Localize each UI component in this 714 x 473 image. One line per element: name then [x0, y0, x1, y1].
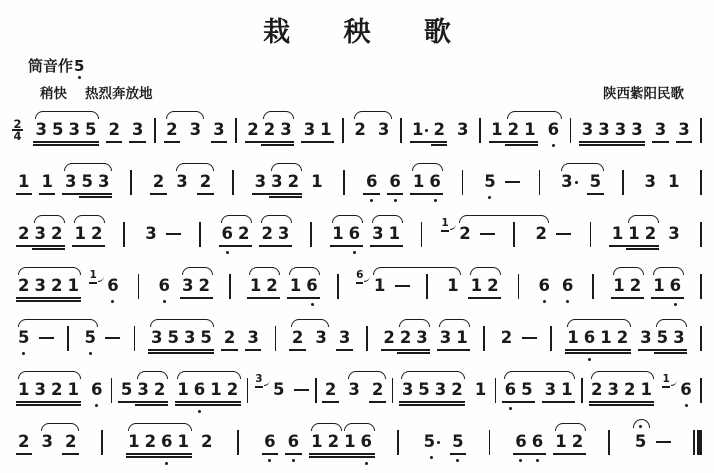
- beam-underline: [219, 245, 235, 247]
- beam-underline: [596, 141, 612, 143]
- note: 5: [654, 328, 670, 348]
- note: 3: [432, 380, 448, 400]
- barline: [342, 118, 344, 143]
- note: 3: [252, 172, 268, 192]
- music-line: 13216532161235232353216531232116: [12, 364, 702, 416]
- beam-underline: [427, 193, 443, 195]
- note: 5: [165, 328, 181, 348]
- beam-underline: [191, 401, 207, 403]
- tuning-note: 5: [73, 57, 85, 75]
- slur: [399, 319, 430, 327]
- note: 2: [614, 328, 630, 348]
- beam-underline: [342, 456, 358, 458]
- measure: 6612: [509, 432, 589, 452]
- beam-underline: [629, 141, 645, 143]
- measure: 1216: [485, 120, 565, 140]
- note: 3: [135, 380, 151, 400]
- note: 3: [375, 120, 391, 140]
- beam-underline: [65, 404, 81, 406]
- note: 3: [454, 120, 470, 140]
- beam-underline: [48, 245, 64, 247]
- note: 3: [174, 172, 190, 192]
- measure: 23212: [12, 224, 108, 244]
- beam-underline: [336, 349, 352, 351]
- beam-underline: [135, 404, 151, 406]
- note: 2: [197, 172, 213, 192]
- note: 6: [219, 224, 235, 244]
- slur: [628, 215, 659, 223]
- beam-group: 12: [72, 224, 105, 244]
- note: 2: [164, 120, 180, 140]
- barline: [700, 118, 702, 143]
- beam-underline: [432, 404, 448, 406]
- measure: 2: [495, 328, 540, 348]
- beam-group: 16: [330, 224, 363, 244]
- note: 5: [416, 380, 432, 400]
- beam-group: 12: [611, 276, 644, 296]
- beam-group: 31: [542, 380, 575, 400]
- augmentation-dot: [425, 129, 428, 132]
- beam-underline: [72, 245, 88, 247]
- note: 6: [304, 276, 320, 296]
- note: 1: [598, 328, 614, 348]
- beam-underline: [318, 141, 334, 143]
- barline: [513, 222, 515, 247]
- note: 3: [181, 328, 197, 348]
- note: 1: [16, 380, 32, 400]
- note: 1: [638, 380, 654, 400]
- barline: [275, 326, 277, 351]
- beam-underline: [262, 453, 278, 455]
- slur: [18, 267, 82, 275]
- expression-text: 热烈奔放地: [85, 86, 153, 102]
- note: 6: [387, 172, 403, 192]
- beam-underline: [598, 349, 614, 351]
- note: 5: [16, 328, 32, 348]
- beam-underline: [626, 245, 642, 247]
- measure: 1123: [606, 224, 686, 244]
- barline: [138, 274, 140, 299]
- beam-underline: [399, 401, 415, 403]
- low-octave-dot: [165, 462, 168, 465]
- beam-underline: [652, 141, 668, 143]
- note: 6: [363, 172, 379, 192]
- slur: [176, 163, 214, 171]
- measure: 1631: [326, 224, 406, 244]
- beam-underline: [358, 453, 374, 455]
- slur: [555, 423, 586, 431]
- note: 2: [48, 224, 64, 244]
- slur: [182, 267, 213, 275]
- measure: 232: [12, 432, 82, 452]
- beam-group: 62: [219, 224, 252, 244]
- music-line: 2435352323322331231231216333333: [12, 104, 702, 156]
- note: 1: [309, 172, 325, 192]
- note: 2: [485, 276, 501, 296]
- note: 3: [414, 328, 430, 348]
- low-octave-dot: [509, 407, 512, 410]
- measure: 35: [251, 380, 313, 400]
- note: 3: [143, 224, 159, 244]
- sheet-music-page: 栽 秧 歌 筒音作5 稍快热烈奔放地 陕西紫阳民歌 24353523233223…: [0, 0, 714, 473]
- duration-dash: [166, 224, 181, 244]
- low-octave-dot: [78, 76, 81, 79]
- note: 2: [245, 120, 261, 140]
- beam-underline: [66, 144, 82, 146]
- low-octave-dot: [456, 459, 459, 462]
- beam-group: 31: [437, 328, 470, 348]
- note: 5: [198, 328, 214, 348]
- beam-underline: [671, 352, 687, 354]
- slur: [653, 267, 684, 275]
- barline: [622, 170, 624, 195]
- note: 3: [542, 380, 558, 400]
- barline: [315, 378, 317, 403]
- slur: [74, 215, 105, 223]
- beam-underline: [542, 401, 558, 403]
- beam-underline: [247, 297, 263, 299]
- beam-underline: [278, 141, 294, 143]
- note: 2: [48, 276, 64, 296]
- note: 3: [437, 328, 453, 348]
- beam-group: 223: [381, 328, 430, 348]
- beam-underline: [642, 245, 658, 247]
- beam-group: 12: [410, 120, 448, 140]
- note: 3: [32, 276, 48, 296]
- slur: [412, 163, 443, 171]
- barline: [550, 326, 552, 351]
- beam-underline: [285, 193, 301, 195]
- note: 2: [352, 120, 368, 140]
- beam-group: 532: [118, 380, 167, 400]
- note: 1: [65, 276, 81, 296]
- beam-underline: [275, 245, 291, 247]
- barline: [462, 170, 464, 195]
- beam-underline: [370, 245, 386, 247]
- note: 2: [589, 380, 605, 400]
- duration-dash: [505, 172, 520, 192]
- beam-underline: [95, 196, 111, 198]
- measure: 5: [78, 328, 123, 348]
- beam-underline: [65, 401, 81, 403]
- beam-underline: [264, 297, 280, 299]
- note: 2: [381, 328, 397, 348]
- measure: 232116: [585, 380, 698, 400]
- beam-group: 332: [252, 172, 301, 192]
- barline: [495, 378, 497, 403]
- beam-group: 65: [502, 380, 535, 400]
- note: 1: [175, 432, 191, 452]
- beam-underline: [198, 352, 214, 354]
- slur: [613, 267, 644, 275]
- barline: [199, 222, 201, 247]
- note: 1: [371, 276, 387, 296]
- slur: [41, 423, 79, 431]
- beam-underline: [135, 401, 151, 403]
- beam-underline: [142, 453, 158, 455]
- beam-underline: [587, 193, 603, 195]
- beam-group: 1216: [309, 432, 375, 452]
- barline: [700, 378, 702, 403]
- beam-group: 223: [245, 120, 294, 140]
- beam-underline: [614, 349, 630, 351]
- beam-underline: [437, 349, 453, 351]
- beam-group: 2321: [589, 380, 655, 400]
- note: 6: [191, 380, 207, 400]
- performance-row: 稍快热烈奔放地 陕西紫阳民歌: [40, 82, 684, 102]
- music-line: 113532323321661653531: [12, 156, 702, 208]
- music-line: 232123622316311221123: [12, 208, 702, 260]
- barline: [700, 222, 702, 247]
- note: 2: [62, 432, 78, 452]
- beam-underline: [66, 141, 82, 143]
- tuning-label: 筒音作: [28, 55, 73, 76]
- beam-underline: [622, 404, 638, 406]
- grace-note: 1: [661, 374, 670, 386]
- note: 1: [472, 380, 488, 400]
- slur: [354, 111, 392, 119]
- beam-underline: [95, 193, 111, 195]
- beam-group: 232: [16, 224, 65, 244]
- note: 6: [545, 120, 561, 140]
- grace-note: 1: [440, 218, 449, 230]
- note: 2: [151, 380, 167, 400]
- note: 2: [48, 380, 64, 400]
- beam-underline: [449, 401, 465, 403]
- note: 1: [247, 276, 263, 296]
- beam-group: 353: [638, 328, 687, 348]
- beam-underline: [416, 401, 432, 403]
- beam-underline: [638, 349, 654, 351]
- beam-underline: [208, 404, 224, 406]
- beam-underline: [16, 297, 32, 299]
- barline: [700, 326, 702, 351]
- beam-underline: [304, 297, 320, 299]
- measure: 232116: [12, 276, 125, 296]
- slur: [221, 215, 252, 223]
- beam-underline: [559, 401, 575, 403]
- low-octave-dot: [566, 300, 569, 303]
- note: 3: [187, 120, 203, 140]
- low-octave-dot: [434, 199, 437, 202]
- beam-underline: [431, 141, 447, 143]
- note: 2: [622, 380, 638, 400]
- barline: [539, 170, 541, 195]
- note: 2: [533, 224, 549, 244]
- note: 2: [369, 380, 385, 400]
- beam-underline: [16, 193, 32, 195]
- beam-underline: [106, 141, 122, 143]
- note: 2: [642, 224, 658, 244]
- note: 2: [221, 328, 237, 348]
- note: 2: [431, 120, 447, 140]
- music-line: 553535232332233121612353: [12, 312, 702, 364]
- note: 2: [259, 224, 275, 244]
- note: 5: [82, 120, 98, 140]
- beam-underline: [358, 456, 374, 458]
- note: 5: [271, 380, 287, 400]
- beam-underline: [432, 401, 448, 403]
- low-octave-dot: [674, 303, 677, 306]
- measure: 1612353: [561, 328, 690, 348]
- note: 2: [289, 328, 305, 348]
- note: 6: [105, 276, 121, 296]
- tempo-text: 稍快: [40, 86, 67, 102]
- barline: [700, 170, 702, 195]
- duration-dash: [656, 432, 671, 452]
- note: 5: [118, 380, 134, 400]
- note: 6: [159, 432, 175, 452]
- note: 2: [199, 432, 215, 452]
- note: 1: [565, 328, 581, 348]
- note: 1: [445, 276, 461, 296]
- slur: [35, 111, 99, 119]
- beam-underline: [48, 401, 64, 403]
- barline: [67, 326, 69, 351]
- beam-underline: [454, 349, 470, 351]
- low-octave-dot: [552, 144, 555, 147]
- note: 3: [148, 328, 164, 348]
- low-octave-dot: [111, 300, 114, 303]
- beam-underline: [505, 144, 521, 146]
- note: 3: [211, 120, 227, 140]
- barline: [426, 274, 428, 299]
- beam-underline: [259, 245, 275, 247]
- beam-underline: [32, 404, 48, 406]
- beam-underline: [522, 144, 538, 146]
- barline: [310, 222, 312, 247]
- beam-underline: [629, 144, 645, 146]
- beam-underline: [651, 297, 667, 299]
- note: 5: [519, 380, 535, 400]
- beam-underline: [32, 401, 48, 403]
- low-octave-dot: [370, 199, 373, 202]
- slur: [249, 267, 280, 275]
- beam-group: 31: [370, 224, 403, 244]
- final-barline: [693, 430, 702, 455]
- slur: [348, 371, 386, 379]
- beam-underline: [431, 144, 447, 146]
- beam-underline: [16, 245, 32, 247]
- measure: 13216: [12, 380, 108, 400]
- duration-dash: [480, 224, 495, 244]
- beam-underline: [529, 453, 545, 455]
- beam-underline: [642, 248, 658, 250]
- note: 2: [235, 224, 251, 244]
- note: 1: [609, 224, 625, 244]
- beam-underline: [118, 401, 134, 403]
- beam-underline: [489, 141, 505, 143]
- barline: [397, 430, 399, 455]
- tuning-indication: 筒音作5: [28, 55, 714, 76]
- beam-underline: [175, 453, 191, 455]
- barline: [392, 378, 394, 403]
- slur: [591, 371, 655, 379]
- beam-underline: [485, 297, 501, 299]
- beam-underline: [148, 349, 164, 351]
- beam-underline: [289, 349, 305, 351]
- grace-note: 3: [254, 374, 263, 386]
- slur: [401, 371, 465, 379]
- beam-underline: [569, 453, 585, 455]
- note: 1: [39, 172, 55, 192]
- note: 2: [16, 276, 32, 296]
- measure: 661216: [258, 432, 378, 452]
- note: 3: [39, 432, 55, 452]
- beam-underline: [654, 352, 670, 354]
- beam-underline: [626, 248, 642, 250]
- beam-underline: [301, 141, 317, 143]
- augmentation-dot: [437, 441, 440, 444]
- measure: 22331: [377, 328, 473, 348]
- beam-underline: [198, 349, 214, 351]
- beam-group: 23: [259, 224, 292, 244]
- beam-underline: [79, 193, 95, 195]
- beam-underline: [553, 453, 569, 455]
- slur: [439, 319, 470, 327]
- barline: [608, 430, 610, 455]
- beam-underline: [235, 245, 251, 247]
- note: 6: [536, 276, 552, 296]
- note: 1: [16, 172, 32, 192]
- low-octave-dot: [536, 459, 539, 462]
- note: 2: [627, 276, 643, 296]
- barline: [581, 378, 583, 403]
- note: 3: [671, 328, 687, 348]
- low-octave-dot: [311, 303, 314, 306]
- barline: [489, 430, 491, 455]
- note: 1: [330, 224, 346, 244]
- note: 5: [482, 172, 498, 192]
- note: 3: [245, 328, 261, 348]
- slur: [470, 267, 501, 275]
- note: 6: [667, 276, 683, 296]
- note: 3: [129, 120, 145, 140]
- beam-underline: [609, 245, 625, 247]
- beam-underline: [325, 453, 341, 455]
- low-octave-dot: [588, 358, 591, 361]
- beam-underline: [175, 401, 191, 403]
- measure: 5321612: [115, 380, 244, 400]
- measure: 61: [352, 276, 414, 296]
- measure: 232: [319, 380, 389, 400]
- beam-underline: [49, 144, 65, 146]
- note: 3: [638, 328, 654, 348]
- beam-underline: [287, 297, 303, 299]
- beam-underline: [208, 401, 224, 403]
- beam-underline: [278, 144, 294, 146]
- measure: 12612: [122, 432, 218, 452]
- slur: [263, 111, 294, 119]
- beam-underline: [16, 404, 32, 406]
- beam-group: 121: [489, 120, 538, 140]
- beam-group: 12: [468, 276, 501, 296]
- barline: [134, 326, 136, 351]
- note: 2: [150, 172, 166, 192]
- note: 6: [88, 380, 104, 400]
- low-octave-dot: [163, 300, 166, 303]
- measure: 1216: [607, 276, 687, 296]
- beam-underline: [151, 404, 167, 406]
- note: 3: [275, 224, 291, 244]
- beam-underline: [325, 456, 341, 458]
- barline: [130, 170, 132, 195]
- barline: [590, 222, 592, 247]
- beam-underline: [605, 401, 621, 403]
- slur: [166, 111, 204, 119]
- note: 1: [522, 120, 538, 140]
- beam-group: 31: [301, 120, 334, 140]
